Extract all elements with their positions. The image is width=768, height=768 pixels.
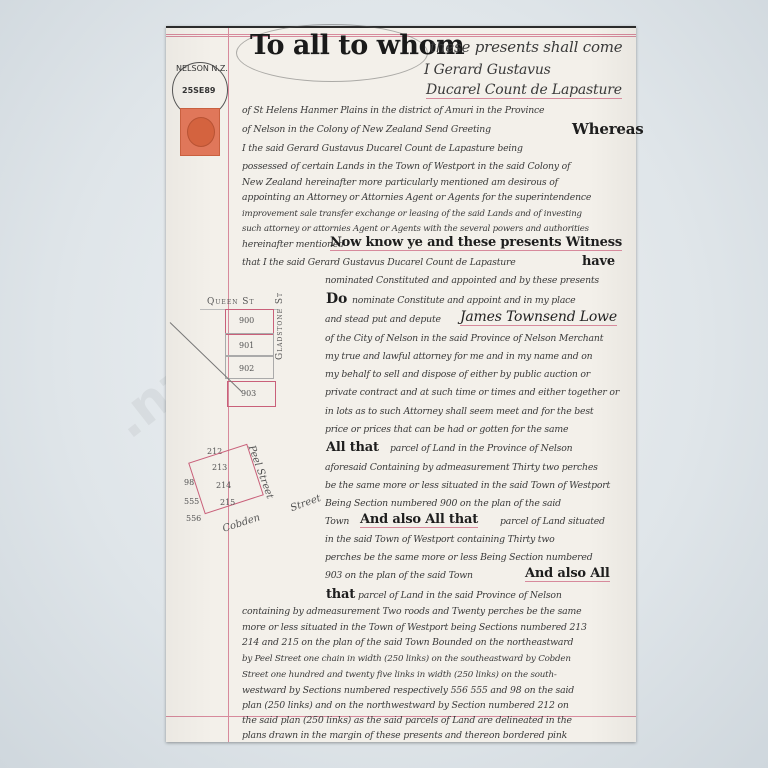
keyword-that: that	[326, 587, 355, 602]
lot-label: 214	[216, 481, 231, 490]
body-line: 214 and 215 on the plan of the said Town…	[242, 638, 573, 648]
body-line: of the City of Nelson in the said Provin…	[325, 334, 603, 344]
lot-label: 215	[220, 498, 235, 507]
body-line: price or prices that can be had or gotte…	[325, 425, 568, 435]
adjacent-lot: 556	[186, 514, 201, 523]
keyword-and-also-all: And also All	[525, 566, 610, 582]
street-queen: Queen St	[207, 297, 254, 307]
keyword-whereas: Whereas	[572, 120, 644, 138]
body-line: parcel of Land in the said Province of N…	[358, 591, 562, 601]
body-line: parcel of Land in the Province of Nelson	[390, 444, 572, 454]
street-gladstone: Gladstone St	[275, 292, 285, 360]
body-line: of Nelson in the Colony of New Zealand S…	[242, 125, 491, 135]
lot-label: 213	[212, 463, 227, 472]
body-line: plans drawn in the margin of these prese…	[242, 731, 567, 741]
body-line: my true and lawful attorney for me and i…	[325, 352, 592, 362]
body-line: parcel of Land situated	[500, 517, 605, 527]
body-line: of St Helens Hanmer Plains in the distri…	[242, 106, 544, 116]
lot-label: 903	[241, 389, 256, 398]
body-line: that I the said Gerard Gustavus Ducarel …	[242, 258, 516, 268]
grantor-line-1: I Gerard Gustavus	[424, 62, 551, 78]
body-line: hereinafter mentioned	[242, 240, 344, 250]
body-line: Street one hundred and twenty five links…	[242, 670, 557, 680]
body-line: nominate Constitute and appoint and in m…	[352, 296, 575, 306]
keyword-do: Do	[326, 291, 347, 307]
body-line: containing by admeasurement Two roods an…	[242, 607, 581, 617]
heading-rest: these presents shall come	[430, 38, 622, 56]
body-line: such attorney or attornies Agent or Agen…	[242, 224, 589, 234]
body-line: my behalf to sell and dispose of either …	[325, 370, 590, 380]
body-line: private contract and at such time or tim…	[325, 388, 619, 398]
body-line: the said plan (250 links) as the said pa…	[242, 716, 572, 726]
body-line: be the same more or less situated in the…	[325, 481, 610, 491]
grantor-line-2: Ducarel Count de Lapasture	[426, 82, 622, 99]
body-line: nominated Constituted and appointed and …	[325, 276, 599, 286]
body-line: appointing an Attorney or Attornies Agen…	[242, 193, 591, 203]
body-line: Town	[325, 517, 349, 527]
body-line: westward by Sections numbered respective…	[242, 686, 574, 696]
stamp-portrait-icon	[187, 117, 215, 147]
body-line: perches be the same more or less Being S…	[325, 553, 592, 563]
lot-label: 900	[239, 316, 254, 325]
attorney-name: James Townsend Lowe	[460, 309, 617, 326]
body-line: in lots as to such Attorney shall seem m…	[325, 407, 593, 417]
body-line: improvement sale transfer exchange or le…	[242, 209, 582, 219]
postmark-text: NELSON N.Z.	[176, 64, 228, 73]
lot-label: 902	[239, 364, 254, 373]
body-line: in the said Town of Westport containing …	[325, 535, 555, 545]
body-line: aforesaid Containing by admeasurement Th…	[325, 463, 598, 473]
body-line: and stead put and depute	[325, 315, 441, 325]
body-line: possessed of certain Lands in the Town o…	[242, 162, 570, 172]
postmark-date: 25SE89	[182, 86, 216, 95]
body-line: plan (250 links) and on the northwestwar…	[242, 701, 569, 711]
body-line: New Zealand hereinafter more particularl…	[242, 178, 558, 188]
keyword-now-know: Now know ye and these presents Witness	[330, 235, 622, 251]
lot-label: 901	[239, 341, 254, 350]
adjacent-lot: 98	[184, 478, 194, 487]
keyword-have: have	[582, 254, 615, 269]
keyword-all-that: All that	[326, 440, 379, 455]
body-line: 903 on the plan of the said Town	[325, 571, 473, 581]
body-line: more or less situated in the Town of Wes…	[242, 623, 587, 633]
adjacent-lot: 555	[184, 497, 199, 506]
revenue-stamp	[180, 108, 220, 156]
body-line: by Peel Street one chain in width (250 l…	[242, 654, 571, 664]
keyword-and-also-all-that: And also All that	[360, 512, 478, 528]
body-line: Being Section numbered 900 on the plan o…	[325, 499, 561, 509]
body-line: I the said Gerard Gustavus Ducarel Count…	[242, 144, 523, 154]
